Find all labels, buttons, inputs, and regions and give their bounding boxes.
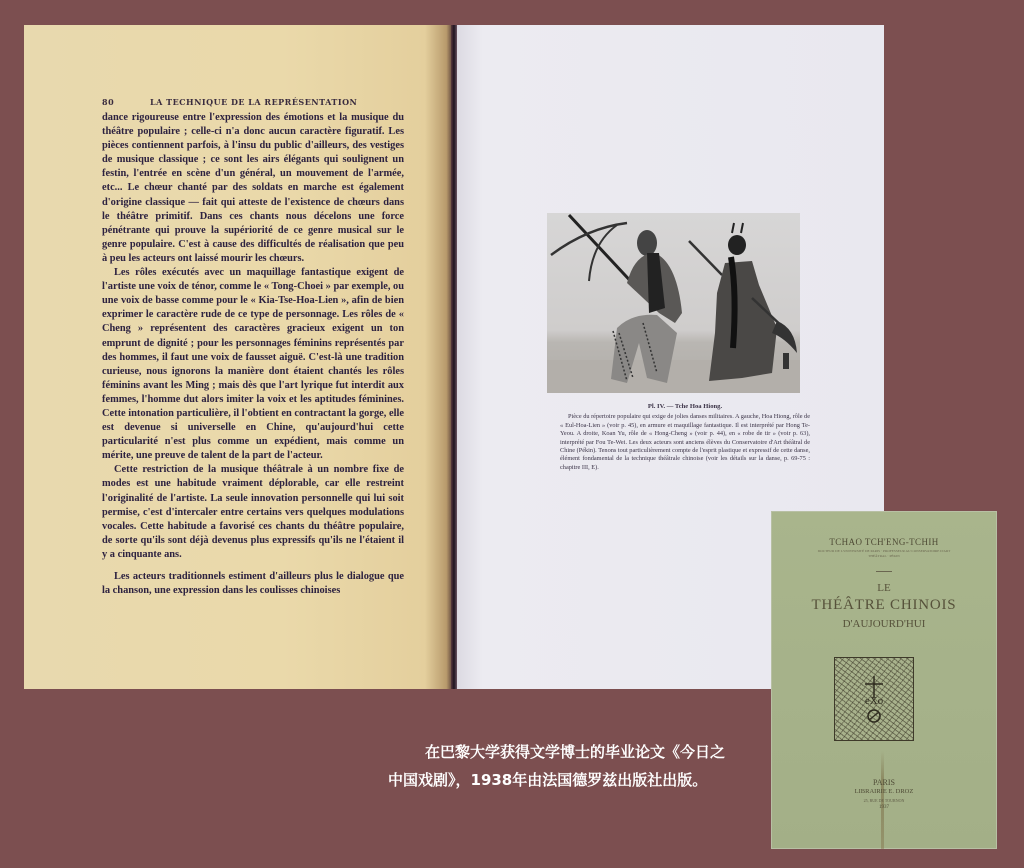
- cover-city: PARIS: [771, 778, 997, 787]
- emblem-monogram-icon: eXo: [835, 658, 913, 740]
- svg-text:eXo: eXo: [865, 695, 884, 707]
- running-head-title: LA TECHNIQUE DE LA REPRÉSENTATION: [150, 97, 357, 107]
- running-head: 80 LA TECHNIQUE DE LA REPRÉSENTATION: [102, 97, 422, 107]
- left-book-page: 80 LA TECHNIQUE DE LA REPRÉSENTATION dan…: [24, 25, 455, 689]
- cover-title-le: LE: [771, 582, 997, 594]
- page-number: 80: [102, 97, 150, 107]
- book-cover: TCHAO TCH'ENG-TCHIH DOCTEUR DE L'UNIVERS…: [771, 511, 997, 849]
- caption-line-1: 在巴黎大学获得文学博士的毕业论文《今日之: [388, 738, 760, 766]
- caption-line-2: 中国戏剧》，1938年由法国德罗兹出版社出版。: [388, 771, 707, 789]
- opera-photo-illustration: [547, 213, 800, 393]
- cover-year: 1937: [771, 805, 997, 810]
- paragraph: Les acteurs traditionnels estiment d'ail…: [102, 570, 404, 598]
- paragraph: Les rôles exécutés avec un maquillage fa…: [102, 266, 404, 463]
- cover-title-sub: D'AUJOURD'HUI: [771, 618, 997, 630]
- cover-author-credentials: DOCTEUR DE L'UNIVERSITÉ DE PARIS · PROFE…: [811, 549, 957, 558]
- plate-title: Pl. IV. — Tche Hoa Hiong.: [560, 403, 810, 411]
- cover-title-main: THÉÂTRE CHINOIS: [771, 597, 997, 614]
- page-body-text: dance rigoureuse entre l'expression des …: [102, 111, 404, 598]
- plate-caption-text: Pièce du répertoire populaire qui exige …: [560, 413, 810, 472]
- paragraph: Cette restriction de la musique théâtral…: [102, 463, 404, 562]
- chinese-caption: 在巴黎大学获得文学博士的毕业论文《今日之 中国戏剧》，1938年由法国德罗兹出版…: [388, 738, 760, 794]
- plate-caption: Pl. IV. — Tche Hoa Hiong. Pièce du réper…: [560, 403, 810, 472]
- publisher-emblem-icon: eXo: [834, 657, 914, 741]
- opera-performers-photo: [547, 213, 800, 393]
- cover-divider: [876, 571, 892, 572]
- cover-publisher: LIBRAIRIE E. DROZ: [771, 788, 997, 795]
- paragraph: dance rigoureuse entre l'expression des …: [102, 111, 404, 266]
- cover-address: 25, RUE DE TOURNON: [771, 798, 997, 803]
- cover-author: TCHAO TCH'ENG-TCHIH: [771, 537, 997, 547]
